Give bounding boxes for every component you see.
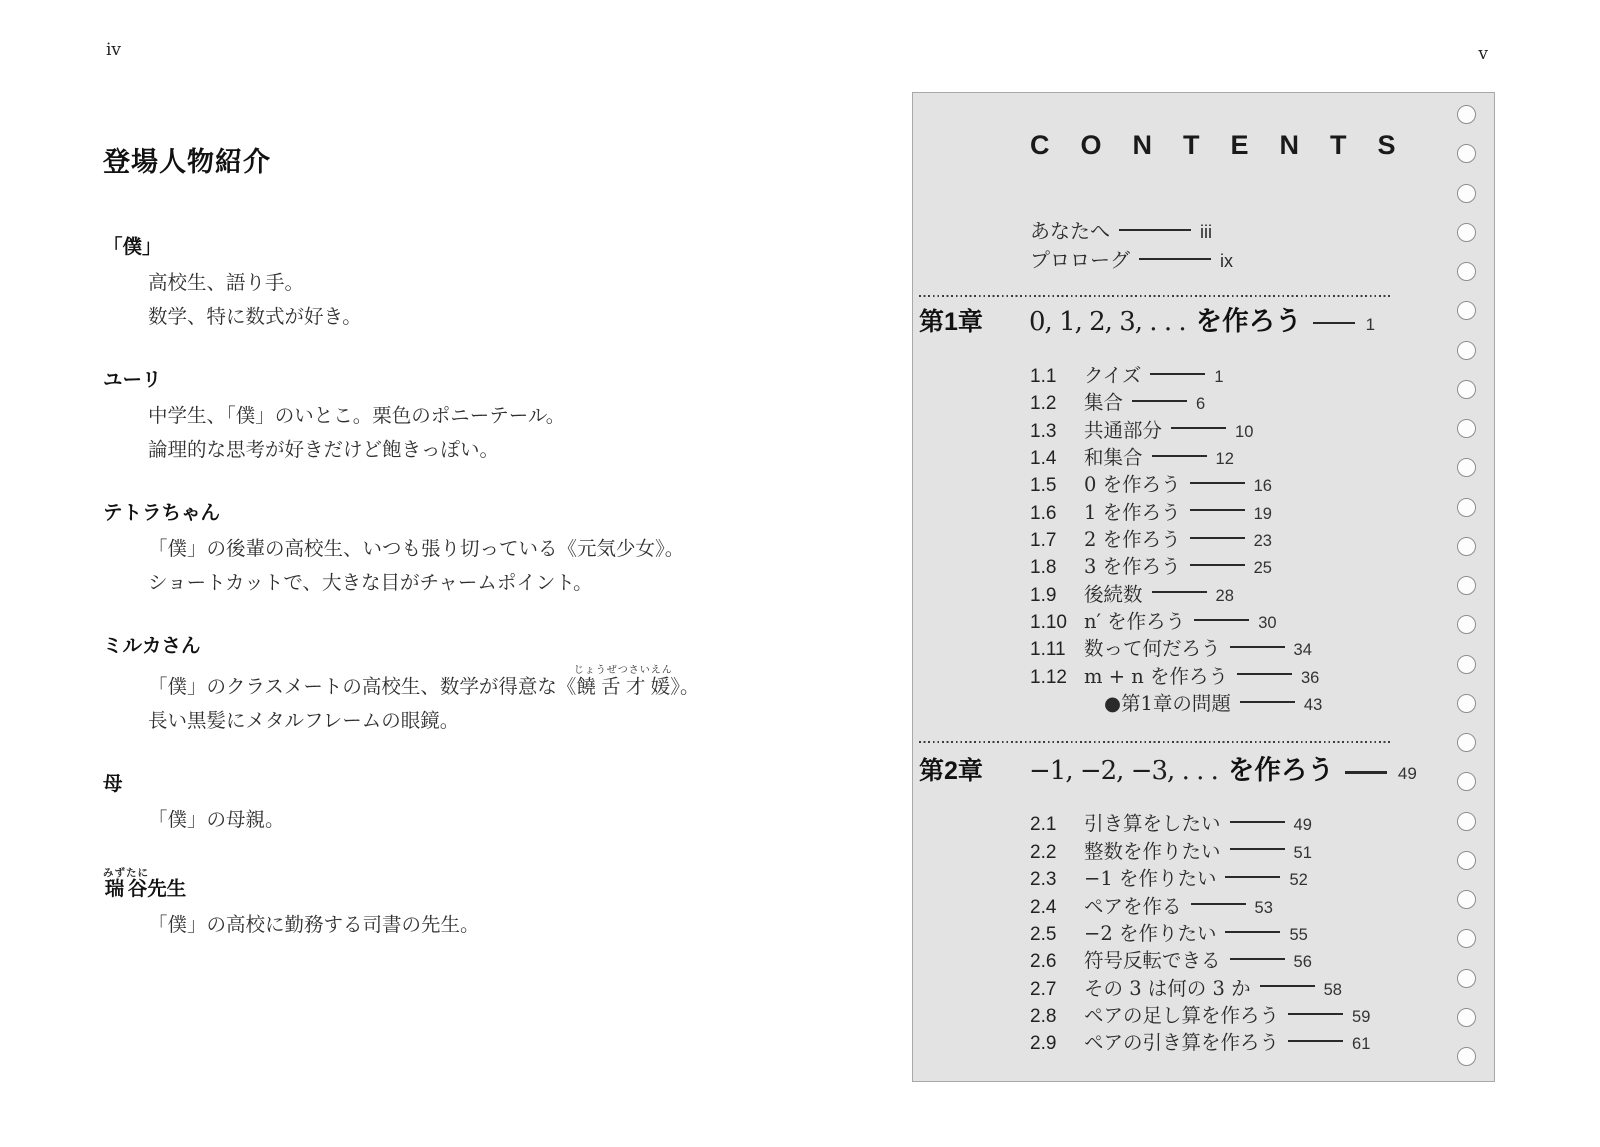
chapter1-section-list: 1.1 クイズ 1 1.2 集合 6 1.3 共通部分 10 (1030, 360, 1494, 715)
punch-hole-icon (1457, 772, 1476, 791)
section-title: ペアの引き算を作ろう (1084, 1027, 1279, 1055)
toc-section-row: 1.11 数って何だろう 34 (1030, 633, 1494, 660)
desc-text: 「僕」のクラスメートの高校生、数学が得意な《 (148, 675, 576, 698)
toc-section-row: 1.2 集合 6 (1030, 387, 1494, 414)
character-desc-line: 高校生、語り手。 (148, 266, 763, 300)
punch-hole-icon (1457, 301, 1476, 320)
punch-hole-icon (1457, 262, 1476, 281)
section-number: 2.4 (1030, 897, 1084, 919)
character-entry: 「僕」 高校生、語り手。 数学、特に数式が好き。 (103, 231, 763, 334)
toc-section-row: 2.7 その 3 は何の 3 か 58 (1030, 973, 1494, 1000)
chapter-title-math: −1, −2, −3, . . . (1029, 753, 1218, 789)
contents-card: CONTENTS あなたへ iii プロローグ ix 第1章 0, 1, 2, … (912, 92, 1495, 1082)
section-number: 1.1 (1030, 366, 1084, 388)
dotted-divider (919, 741, 1391, 744)
punch-hole-icon (1457, 929, 1476, 948)
section-title: 符号反転できる (1084, 945, 1221, 973)
punch-hole-icon (1457, 144, 1476, 163)
chapter-title-text: を作ろう (1228, 752, 1334, 788)
furigana-ruby: 瑞谷みずたに (103, 878, 147, 900)
section-title: 1 を作ろう (1084, 497, 1181, 525)
character-name: テトラちゃん (103, 497, 763, 525)
character-entry: ユーリ 中学生、「僕」のいとこ。栗色のポニーテール。 論理的な思考が好きだけど飽… (103, 364, 763, 467)
punch-hole-icon (1457, 733, 1476, 752)
section-number: 1.7 (1030, 530, 1084, 552)
toc-section-row: 2.6 符号反転できる 56 (1030, 945, 1494, 972)
leader-dash (1150, 373, 1205, 375)
chapter-problems-row: ●第1章の問題 43 (1030, 688, 1494, 715)
punch-hole-icon (1457, 969, 1476, 988)
section-number: 1.5 (1030, 475, 1084, 497)
leader-dash (1190, 509, 1245, 511)
character-entry: 瑞谷みずたに先生 「僕」の高校に勤務する司書の先生。 (103, 867, 763, 942)
toc-section-row: 1.5 0 を作ろう 16 (1030, 469, 1494, 496)
punch-hole-icon (1457, 576, 1476, 595)
section-page: 36 (1301, 669, 1319, 688)
toc-section-row: 2.2 整数を作りたい 51 (1030, 836, 1494, 863)
character-desc-line: ショートカットで、大きな目がチャームポイント。 (148, 566, 763, 600)
character-desc-line: 中学生、「僕」のいとこ。栗色のポニーテール。 (148, 399, 763, 433)
character-entry: テトラちゃん 「僕」の後輩の高校生、いつも張り切っている《元気少女》。 ショート… (103, 497, 763, 600)
chapter-page: 49 (1398, 756, 1417, 792)
section-page: 16 (1254, 477, 1272, 496)
toc-section-row: 1.8 3 を作ろう 25 (1030, 551, 1494, 578)
toc-section-row: 1.1 クイズ 1 (1030, 360, 1494, 387)
leader-dash (1191, 903, 1246, 905)
toc-section-row: 2.5 −2 を作りたい 55 (1030, 918, 1494, 945)
punch-hole-icon (1457, 1047, 1476, 1066)
section-title: 集合 (1084, 387, 1123, 415)
leader-dash (1119, 229, 1191, 231)
leader-dash (1230, 848, 1285, 850)
punch-hole-icon (1457, 694, 1476, 713)
furigana-ruby: 饒舌才媛じょうぜつさいえん (576, 675, 670, 698)
section-title: 引き算をしたい (1084, 808, 1221, 836)
punch-hole-icon (1457, 223, 1476, 242)
leader-dash (1345, 771, 1387, 774)
leader-dash (1171, 427, 1226, 429)
section-page: 34 (1294, 641, 1312, 660)
section-page: 51 (1294, 844, 1312, 863)
section-number: 2.7 (1030, 979, 1084, 1001)
leader-dash (1288, 1013, 1343, 1015)
toc-section-row: 2.3 −1 を作りたい 52 (1030, 863, 1494, 890)
toc-section-row: 2.1 引き算をしたい 49 (1030, 808, 1494, 835)
character-desc-line: 長い黒髪にメタルフレームの眼鏡。 (148, 704, 763, 738)
chapter-title-math: 0, 1, 2, 3, . . . (1029, 304, 1186, 340)
leader-dash (1152, 455, 1207, 457)
section-page: 53 (1255, 899, 1273, 918)
section-number: 1.10 (1030, 612, 1084, 634)
section-page: 49 (1294, 816, 1312, 835)
section-title: 和集合 (1084, 442, 1143, 470)
punch-hole-icon (1457, 615, 1476, 634)
section-page: 23 (1254, 532, 1272, 551)
chapter2-section-list: 2.1 引き算をしたい 49 2.2 整数を作りたい 51 2.3 −1 を作り… (1030, 808, 1494, 1054)
section-title: その 3 は何の 3 か (1084, 973, 1251, 1001)
contents-heading: CONTENTS (1030, 131, 1494, 159)
section-number: 2.3 (1030, 869, 1084, 891)
character-name: ミルカさん (103, 630, 763, 658)
section-number: 1.4 (1030, 448, 1084, 470)
characters-intro-title: 登場人物紹介 (103, 140, 763, 179)
name-suffix: 先生 (147, 878, 186, 900)
character-name: 瑞谷みずたに先生 (103, 867, 763, 901)
character-desc-line: 論理的な思考が好きだけど飽きっぽい。 (148, 433, 763, 467)
leader-dash (1288, 1040, 1343, 1042)
character-name: 「僕」 (103, 231, 763, 259)
section-page: 19 (1254, 505, 1272, 524)
toc-section-row: 2.4 ペアを作る 53 (1030, 891, 1494, 918)
front-matter-list: あなたへ iii プロローグ ix (1030, 215, 1494, 273)
section-number: 2.5 (1030, 924, 1084, 946)
leader-dash (1230, 958, 1285, 960)
section-number: 1.9 (1030, 585, 1084, 607)
punch-hole-icon (1457, 812, 1476, 831)
section-title: 後続数 (1084, 579, 1143, 607)
dotted-divider (919, 295, 1391, 298)
section-title: −1 を作りたい (1084, 863, 1216, 891)
left-page: iv 登場人物紹介 「僕」 高校生、語り手。 数学、特に数式が好き。 ユーリ 中… (103, 40, 763, 942)
character-entry: ミルカさん 「僕」のクラスメートの高校生、数学が得意な《饒舌才媛じょうぜつさいえ… (103, 630, 763, 738)
desc-text: 》。 (670, 675, 699, 698)
front-matter-title: プロローグ (1030, 244, 1130, 273)
section-page: 6 (1196, 395, 1205, 414)
punch-hole-icon (1457, 105, 1476, 124)
front-matter-title: あなたへ (1030, 215, 1110, 244)
section-title: 0 を作ろう (1084, 469, 1181, 497)
toc-section-row: 1.3 共通部分 10 (1030, 415, 1494, 442)
front-matter-page: iii (1200, 222, 1212, 243)
leader-dash (1139, 258, 1211, 260)
section-page: 59 (1352, 1008, 1370, 1027)
section-page: 43 (1304, 696, 1322, 715)
section-page: 10 (1235, 423, 1253, 442)
section-page: 52 (1289, 871, 1307, 890)
toc-section-row: 1.7 2 を作ろう 23 (1030, 524, 1494, 551)
section-number: 2.2 (1030, 842, 1084, 864)
leader-dash (1225, 931, 1280, 933)
punch-hole-icon (1457, 890, 1476, 909)
section-number: 1.8 (1030, 557, 1084, 579)
character-desc-line: 「僕」の後輩の高校生、いつも張り切っている《元気少女》。 (148, 532, 763, 566)
leader-dash (1313, 322, 1355, 325)
section-number: 2.8 (1030, 1006, 1084, 1028)
character-entry: 母 「僕」の母親。 (103, 768, 763, 837)
punch-hole-icon (1457, 184, 1476, 203)
book-spread: iv 登場人物紹介 「僕」 高校生、語り手。 数学、特に数式が好き。 ユーリ 中… (0, 0, 1600, 1147)
chapter-title-text: を作ろう (1196, 303, 1302, 339)
character-desc-line: 「僕」の母親。 (148, 803, 763, 837)
punch-hole-icon (1457, 851, 1476, 870)
left-folio: iv (106, 40, 763, 60)
section-page: 58 (1324, 981, 1342, 1000)
ruby-annotation: じょうぜつさいえん (574, 665, 673, 676)
section-page: 28 (1216, 587, 1234, 606)
leader-dash (1132, 400, 1187, 402)
section-title: n′ を作ろう (1084, 606, 1185, 634)
toc-section-row: 2.8 ペアの足し算を作ろう 59 (1030, 1000, 1494, 1027)
chapter-page: 1 (1366, 307, 1375, 343)
character-desc-line: 「僕」の高校に勤務する司書の先生。 (148, 908, 763, 942)
toc-section-row: 1.4 和集合 12 (1030, 442, 1494, 469)
ruby-base: 瑞谷 (103, 878, 149, 900)
section-title: ペアを作る (1084, 891, 1182, 919)
section-title: 3 を作ろう (1084, 551, 1181, 579)
character-name: 母 (103, 768, 763, 796)
chapter-label: 第1章 (919, 304, 1029, 340)
chapter-label: 第2章 (919, 753, 1029, 789)
section-page: 12 (1216, 450, 1234, 469)
punch-hole-icon (1457, 419, 1476, 438)
toc-section-row: 2.9 ペアの引き算を作ろう 61 (1030, 1027, 1494, 1054)
section-page: 56 (1294, 953, 1312, 972)
front-matter-row: あなたへ iii (1030, 215, 1494, 244)
punch-hole-icon (1457, 537, 1476, 556)
toc-section-row: 1.6 1 を作ろう 19 (1030, 497, 1494, 524)
chapter-heading: 第2章 −1, −2, −3, . . . を作ろう 49 (919, 752, 1494, 792)
section-number: 2.9 (1030, 1033, 1084, 1055)
punch-hole-icon (1457, 341, 1476, 360)
character-desc-line: 数学、特に数式が好き。 (148, 300, 763, 334)
ruby-annotation: みずたに (103, 867, 149, 879)
section-title: 共通部分 (1084, 415, 1162, 443)
toc-section-row: 1.10 n′ を作ろう 30 (1030, 606, 1494, 633)
punch-hole-icon (1457, 458, 1476, 477)
punch-hole-icon (1457, 380, 1476, 399)
toc-section-row: 1.9 後続数 28 (1030, 579, 1494, 606)
leader-dash (1237, 673, 1292, 675)
leader-dash (1260, 985, 1315, 987)
section-page: 1 (1214, 368, 1223, 387)
section-title: 2 を作ろう (1084, 524, 1181, 552)
section-number: 1.3 (1030, 421, 1084, 443)
section-title: ●第1章の問題 (1104, 688, 1231, 716)
leader-dash (1230, 646, 1285, 648)
character-name: ユーリ (103, 364, 763, 392)
section-title: クイズ (1084, 360, 1141, 388)
section-number: 1.11 (1030, 639, 1084, 661)
leader-dash (1152, 591, 1207, 593)
leader-dash (1240, 701, 1295, 703)
leader-dash (1230, 821, 1285, 823)
leader-dash (1225, 876, 1280, 878)
front-matter-row: プロローグ ix (1030, 244, 1494, 273)
section-title: ペアの足し算を作ろう (1084, 1000, 1279, 1028)
section-number: 1.2 (1030, 393, 1084, 415)
binding-holes-column (1457, 93, 1476, 1081)
chapter-heading: 第1章 0, 1, 2, 3, . . . を作ろう 1 (919, 303, 1494, 343)
section-page: 61 (1352, 1035, 1370, 1054)
front-matter-page: ix (1220, 251, 1233, 272)
toc-section-row: 1.12 m + n を作ろう 36 (1030, 661, 1494, 688)
leader-dash (1190, 537, 1245, 539)
section-number: 1.6 (1030, 503, 1084, 525)
right-folio: v (1478, 44, 1488, 64)
leader-dash (1190, 482, 1245, 484)
section-title: 数って何だろう (1084, 633, 1221, 661)
section-page: 25 (1254, 559, 1272, 578)
character-desc-line: 「僕」のクラスメートの高校生、数学が得意な《饒舌才媛じょうぜつさいえん》。 (148, 665, 763, 704)
section-page: 55 (1289, 926, 1307, 945)
punch-hole-icon (1457, 498, 1476, 517)
section-number: 1.12 (1030, 667, 1084, 689)
leader-dash (1190, 564, 1245, 566)
section-title: 整数を作りたい (1084, 836, 1221, 864)
toc-content: CONTENTS あなたへ iii プロローグ ix 第1章 0, 1, 2, … (913, 93, 1494, 1081)
section-title: −2 を作りたい (1084, 918, 1216, 946)
section-number: 2.6 (1030, 951, 1084, 973)
section-number: 2.1 (1030, 814, 1084, 836)
section-title: m + n を作ろう (1084, 661, 1228, 689)
punch-hole-icon (1457, 655, 1476, 674)
leader-dash (1194, 619, 1249, 621)
ruby-base: 饒舌才媛 (574, 675, 673, 698)
punch-hole-icon (1457, 1008, 1476, 1027)
section-page: 30 (1258, 614, 1276, 633)
